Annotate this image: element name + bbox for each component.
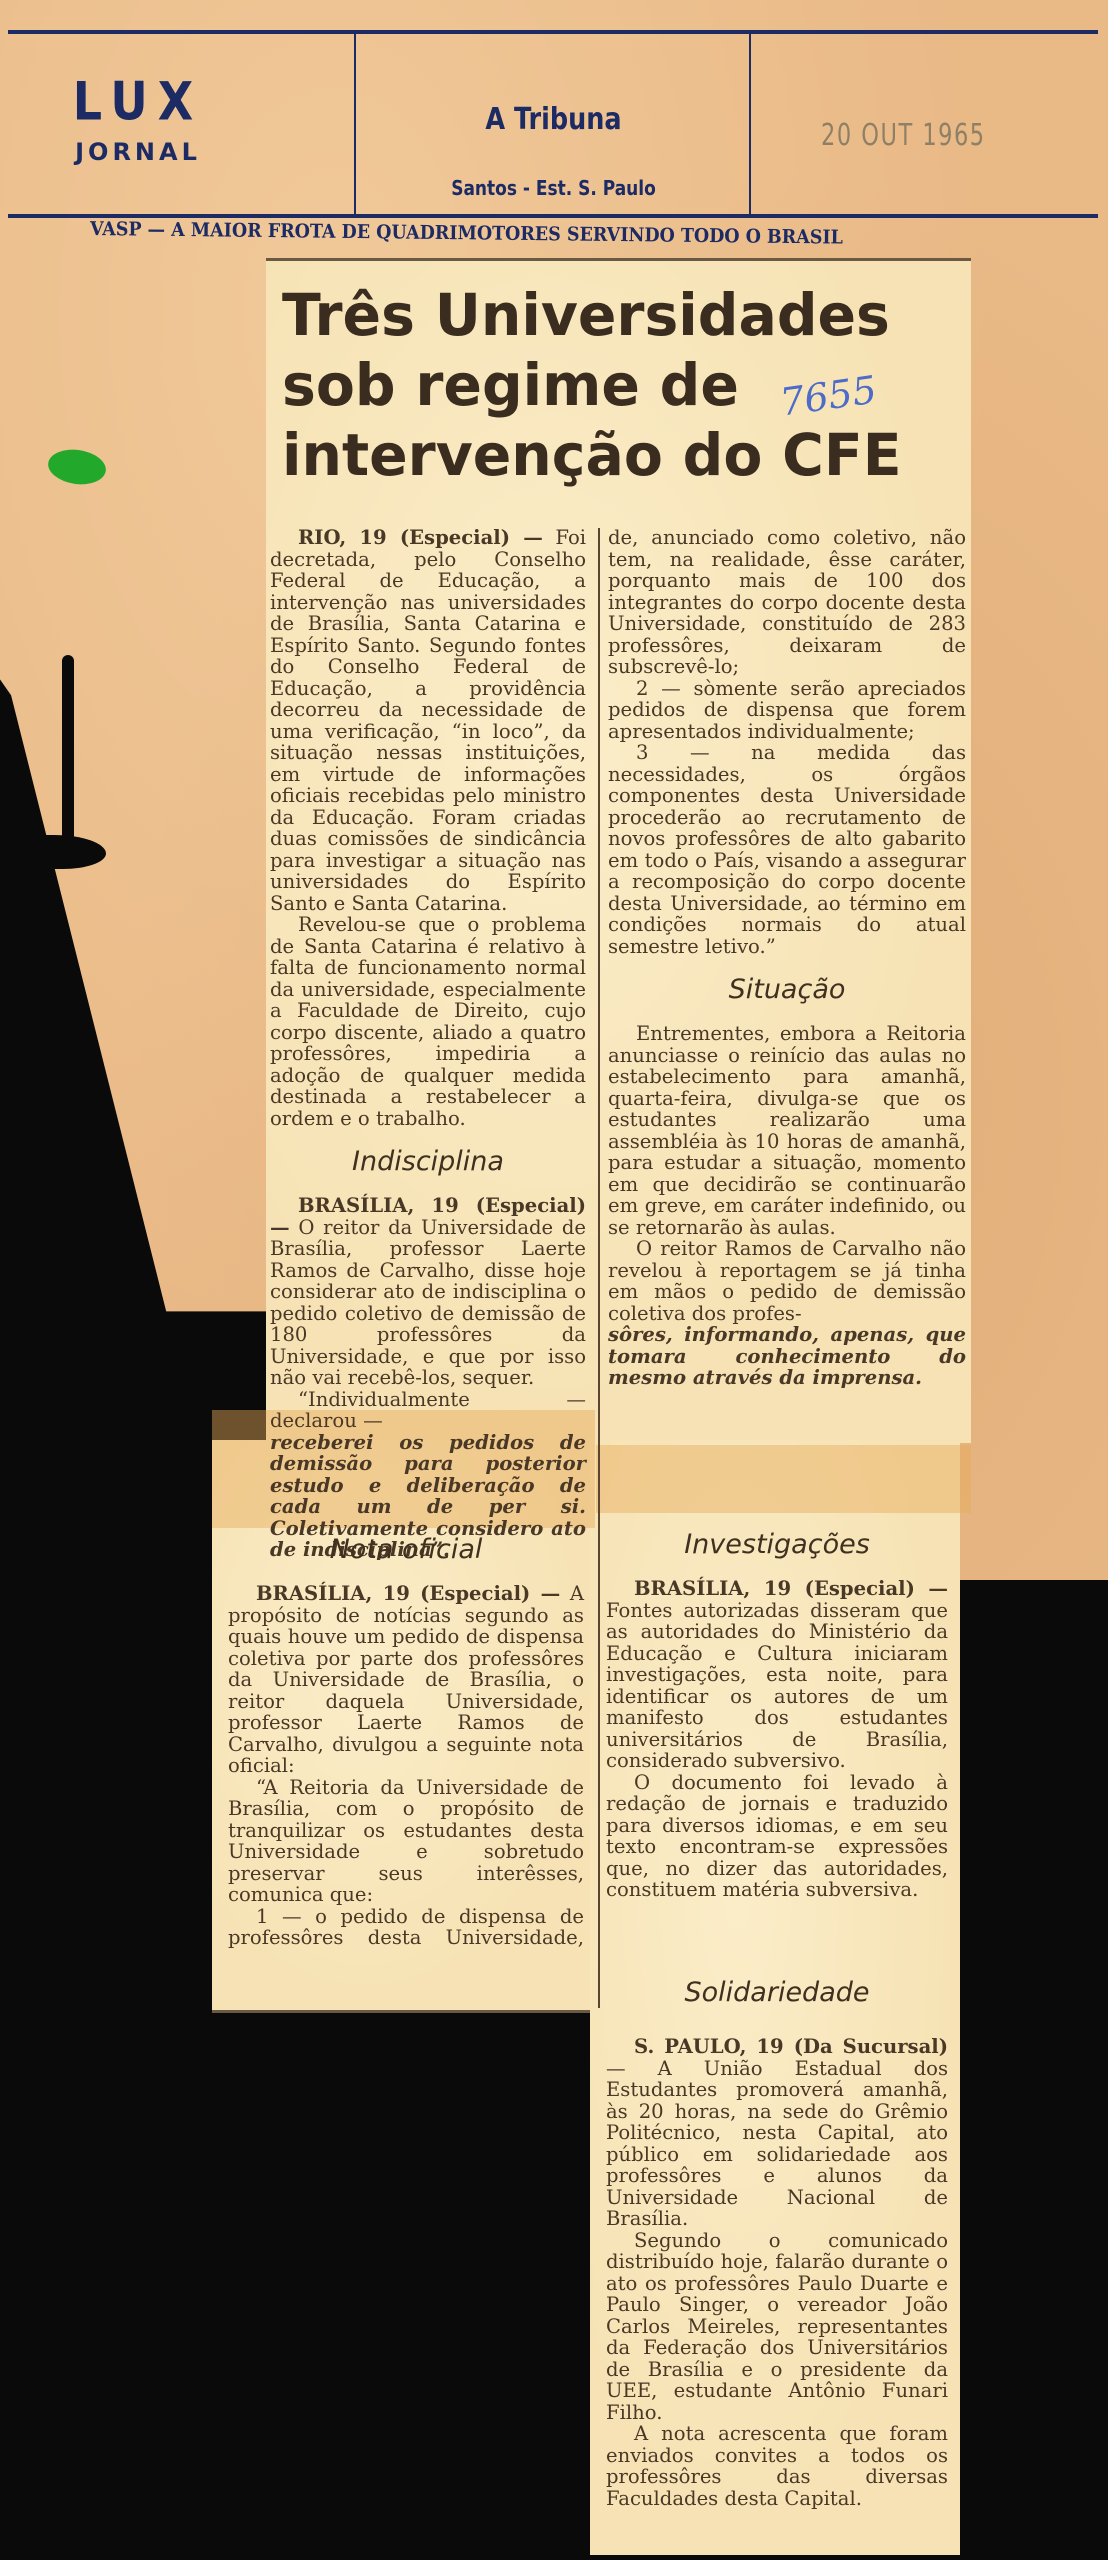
- dateline: BRASÍLIA, 19 (Especial) —: [256, 1582, 560, 1605]
- paragraph: A nota acrescenta que foram enviados con…: [606, 2423, 948, 2509]
- section-heading: Investigações: [606, 1530, 948, 1560]
- paragraph: “Individualmente — declarou —: [270, 1389, 586, 1432]
- ink-stain: [62, 655, 74, 845]
- paragraph: sôres, informando, apenas, que tomara co…: [608, 1324, 966, 1389]
- newspaper-block: A Tribuna Santos - Est. S. Paulo: [354, 34, 751, 214]
- column-right-bottom: Solidariedade S. PAULO, 19 (Da Sucursal)…: [606, 1978, 948, 2509]
- paragraph: Segundo o comunicado distribuído hoje, f…: [606, 2230, 948, 2424]
- dateline: S. PAULO, 19 (Da Sucursal): [634, 2035, 948, 2058]
- headline-line: Três Universidades: [282, 280, 948, 350]
- newspaper-location: Santos - Est. S. Paulo: [386, 176, 722, 200]
- paragraph: BRASÍLIA, 19 (Especial) — O reitor da Un…: [270, 1195, 586, 1389]
- date-stamp: 20 OUT 1965: [821, 118, 986, 153]
- dateline: BRASÍLIA, 19 (Especial) —: [634, 1577, 948, 1600]
- section-heading: Indisciplina: [270, 1147, 586, 1177]
- agency-subtitle: JORNAL: [8, 138, 268, 166]
- headline-line: intervenção do CFE: [282, 420, 948, 490]
- column-right-middle: Investigações BRASÍLIA, 19 (Especial) — …: [606, 1530, 948, 1901]
- date-block: 20 OUT 1965: [749, 34, 1098, 214]
- paragraph: Revelou-se que o problema de Santa Catar…: [270, 914, 586, 1129]
- paragraph: BRASÍLIA, 19 (Especial) — Fontes autoriz…: [606, 1578, 948, 1772]
- paragraph: de, anunciado como coletivo, não tem, na…: [608, 527, 966, 678]
- column-left-top: RIO, 19 (Especial) — Foi decretada, pelo…: [270, 527, 586, 1561]
- paragraph: RIO, 19 (Especial) — Foi decretada, pelo…: [270, 527, 586, 914]
- agency-name: LUX: [8, 70, 268, 132]
- section-heading: Nota oficial: [228, 1535, 584, 1565]
- paragraph: BRASÍLIA, 19 (Especial) — A propósito de…: [228, 1583, 584, 1777]
- dateline: RIO, 19 (Especial) —: [298, 526, 543, 549]
- section-heading: Solidariedade: [606, 1978, 948, 2008]
- clipping-service-header: LUX JORNAL A Tribuna Santos - Est. S. Pa…: [8, 30, 1098, 218]
- paragraph: 3 — na medida das necessidades, os órgão…: [608, 742, 966, 957]
- paragraph: “A Reitoria da Universidade de Brasília,…: [228, 1777, 584, 1906]
- paragraph: S. PAULO, 19 (Da Sucursal) — A União Est…: [606, 2036, 948, 2230]
- column-rule: [598, 528, 600, 2008]
- paragraph: O reitor Ramos de Carvalho não revelou à…: [608, 1238, 966, 1324]
- stain-shade: [596, 1445, 971, 1513]
- column-left-bottom: Nota oficial BRASÍLIA, 19 (Especial) — A…: [228, 1535, 584, 1950]
- section-heading: Situação: [608, 975, 966, 1005]
- ink-blob: [10, 835, 106, 869]
- paragraph: Entrementes, embora a Reitoria anunciass…: [608, 1023, 966, 1238]
- newspaper-name: A Tribuna: [386, 102, 722, 137]
- paragraph: 2 — sòmente serão apreciados pedidos de …: [608, 678, 966, 743]
- column-right-top: de, anunciado como coletivo, não tem, na…: [608, 527, 966, 1389]
- paragraph: O documento foi levado à redação de jorn…: [606, 1772, 948, 1901]
- paragraph: 1 — o pedido de dispensa de professôres …: [228, 1906, 584, 1950]
- agency-block: LUX JORNAL: [8, 34, 353, 214]
